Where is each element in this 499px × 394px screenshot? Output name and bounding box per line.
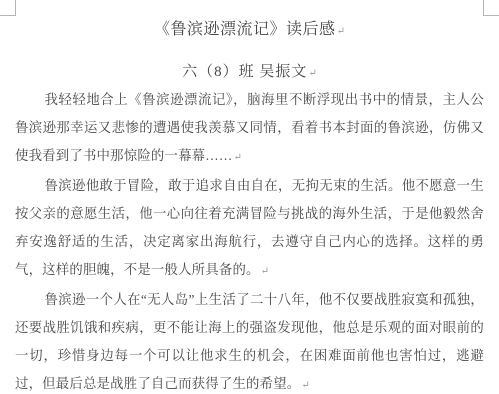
essay-title-text: 《鲁滨逊漂流记》读后感 xyxy=(154,21,336,38)
paragraph-end-mark-icon: ↵ xyxy=(260,266,269,277)
paragraph-end-mark-icon: ↵ xyxy=(307,68,316,79)
paragraph: 我轻轻地合上《鲁滨逊漂流记》，脑海里不断浮现出书中的情景，主人公鲁滨逊那幸运又悲… xyxy=(15,86,484,172)
document-page: 《鲁滨逊漂流记》读后感↵ 六（8）班 吴振文↵ 我轻轻地合上《鲁滨逊漂流记》，脑… xyxy=(0,0,499,394)
paragraph: 鲁滨逊一个人在“无人岛”上生活了二十八年，他不仅要战胜寂寞和孤独，还要战胜饥饿和… xyxy=(15,286,484,394)
essay-body: 我轻轻地合上《鲁滨逊漂流记》，脑海里不断浮现出书中的情景，主人公鲁滨逊那幸运又悲… xyxy=(0,86,499,394)
paragraph: 鲁滨逊他敢于冒险，敢于追求自由自在，无拘无束的生活。他不愿意一生按父亲的意愿生活… xyxy=(15,172,484,286)
margin-crop-mark-top-right-icon xyxy=(483,0,499,16)
margin-crop-mark-top-left-icon xyxy=(0,0,16,16)
author-byline: 六（8）班 吴振文↵ xyxy=(0,62,499,84)
paragraph-end-mark-icon: ↵ xyxy=(300,380,309,391)
paragraph-text: 鲁滨逊他敢于冒险，敢于追求自由自在，无拘无束的生活。他不愿意一生按父亲的意愿生活… xyxy=(15,178,484,277)
paragraph-end-mark-icon: ↵ xyxy=(232,152,241,163)
paragraph-end-mark-icon: ↵ xyxy=(336,26,345,37)
paragraph-text: 鲁滨逊一个人在“无人岛”上生活了二十八年，他不仅要战胜寂寞和孤独，还要战胜饥饿和… xyxy=(15,292,484,391)
paragraph-text: 我轻轻地合上《鲁滨逊漂流记》，脑海里不断浮现出书中的情景，主人公鲁滨逊那幸运又悲… xyxy=(15,92,484,163)
author-byline-text: 六（8）班 吴振文 xyxy=(182,64,307,80)
essay-title: 《鲁滨逊漂流记》读后感↵ xyxy=(0,0,499,43)
